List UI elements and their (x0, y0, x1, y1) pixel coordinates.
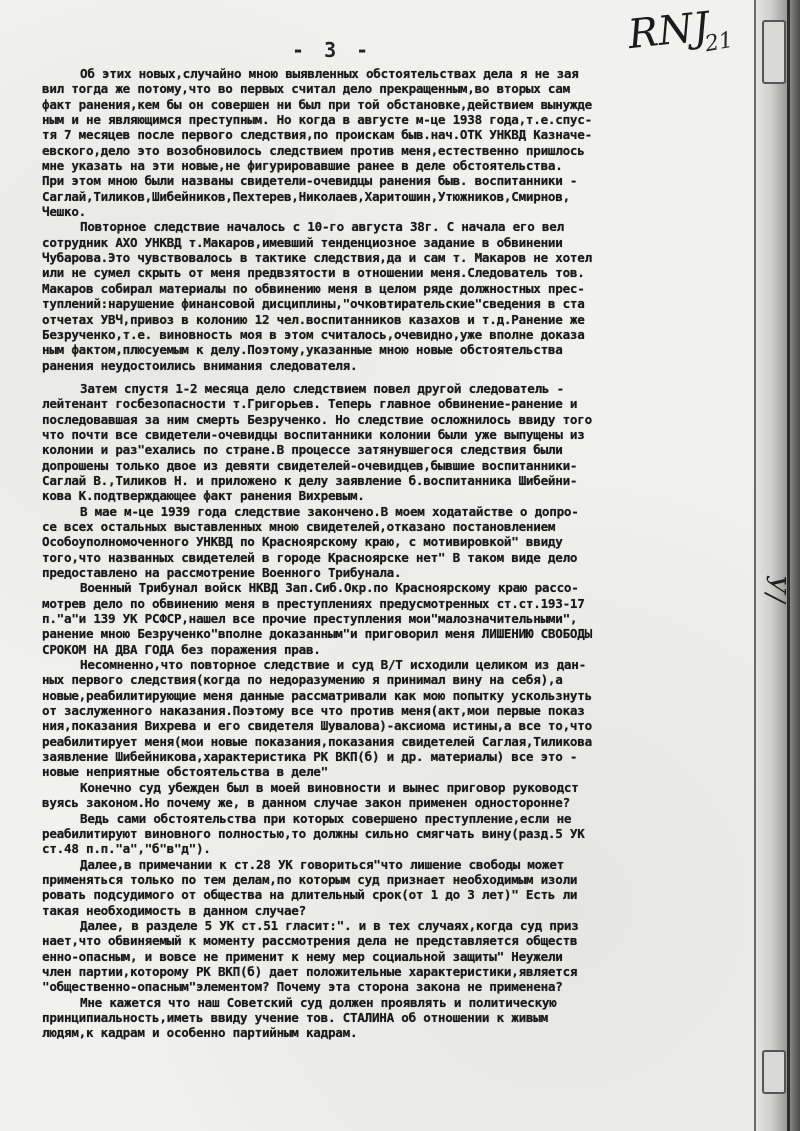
text-line: последовавшая за ним смерть Безрученко. … (42, 412, 758, 427)
text-line: Об этих новых,случайно мною выявленных о… (42, 66, 758, 81)
text-line: кова К.подтверждающее факт ранения Вихре… (42, 488, 758, 503)
text-line: Саглай В.,Тиликов Н. и приложено к делу … (42, 473, 758, 488)
text-line: лейтенант госбезопасности т.Григорьев. Т… (42, 396, 758, 411)
text-line: Военный Трибунал войск НКВД Зап.Сиб.Окр.… (42, 580, 758, 595)
text-line: отчетах УВЧ,привоз в колонию 12 чел.восп… (42, 312, 758, 327)
text-line: Конечно суд убежден был в моей виновност… (42, 780, 758, 795)
text-line: Безрученко,т.е. виновность моя в этом сч… (42, 327, 758, 342)
text-line: реабилитирует меня(мои новые показания,п… (42, 734, 758, 749)
text-line: Далее, в разделе 5 УК ст.51 гласит:". и … (42, 918, 758, 933)
text-line: реабилитируют виновного полностью,то дол… (42, 826, 758, 841)
typewritten-body: Об этих новых,случайно мною выявленных о… (42, 66, 758, 1041)
text-line: что почти все свидетели-очевидцы воспита… (42, 427, 758, 442)
text-line: Саглай,Тиликов,Шибейников,Пехтерев,Никол… (42, 189, 758, 204)
text-line: новые,реабилитирующие меня данные рассма… (42, 688, 758, 703)
handwritten-folio-number: 21 (703, 28, 735, 57)
text-line: В мае м-це 1939 года следствие закончено… (42, 504, 758, 519)
text-line: сотрудник АХО УНКВД т.Макаров,имевший те… (42, 235, 758, 250)
text-line: Далее,в примечании к ст.28 УК говориться… (42, 857, 758, 872)
text-line: или не сумел скрыть от меня предвзятости… (42, 265, 758, 280)
text-line: Макаров собирал материалы по обвинению м… (42, 281, 758, 296)
text-line: туплений:нарушение финансовой дисциплины… (42, 296, 758, 311)
text-line: ным и не являющимся преступным. Но когда… (42, 112, 758, 127)
text-line: Повторное следствие началось с 10-го авг… (42, 219, 758, 234)
handwritten-archive-mark: RNJ (626, 4, 712, 58)
text-line: член партии,которому РК ВКП(б) дает поло… (42, 964, 758, 979)
text-line: Затем спустя 1-2 месяца дело следствием … (42, 381, 758, 396)
text-line: колонии и раз"ехались по стране.В процес… (42, 442, 758, 457)
text-line: от заслуженного наказания.Поэтому все чт… (42, 703, 758, 718)
text-line: заявление Шибейникова,характеристика РК … (42, 749, 758, 764)
text-line: СРОКОМ НА ДВА ГОДА без поражения прав. (42, 642, 758, 657)
page-number: - 3 - (292, 38, 372, 62)
text-line: принципиальность,иметь ввиду учение тов.… (42, 1010, 758, 1025)
text-line: вуясь законом.Но почему же, в данном слу… (42, 795, 758, 810)
binding-tab (762, 1050, 786, 1094)
text-line: предоставлено на рассмотрение Военного Т… (42, 565, 758, 580)
text-line: ным фактом,плюсуемым к делу.Поэтому,указ… (42, 342, 758, 357)
scanned-page: - 3 - RNJ 21 У/ Об этих новых,случайно м… (0, 0, 800, 1131)
text-line: факт ранения,кем бы он совершен ни был п… (42, 97, 758, 112)
text-line: того,что названных свидетелей в городе К… (42, 550, 758, 565)
text-line: енно-опасным, и вовсе не применит к нему… (42, 949, 758, 964)
text-line: мне указать на эти новые,не фигурировавш… (42, 158, 758, 173)
text-line: Чешко. (42, 204, 758, 219)
text-line: се всех остальных выставленных мною свид… (42, 519, 758, 534)
text-line: евского,дело это возобновилось следствие… (42, 143, 758, 158)
text-line: При этом мною были названы свидетели-оче… (42, 173, 758, 188)
text-line: новые неприятные обстоятельства в деле" (42, 764, 758, 779)
text-line: тя 7 месяцев после первого следствия,по … (42, 127, 758, 142)
text-line: применяться только по тем делам,по котор… (42, 872, 758, 887)
text-line: людям,к кадрам и особенно партийным кадр… (42, 1025, 758, 1040)
binding-shadow (787, 0, 790, 1131)
text-line: Несомненно,что повторное следствие и суд… (42, 657, 758, 672)
margin-handwritten-note: У/ (760, 575, 790, 603)
text-line: Мне кажется что наш Советский суд должен… (42, 995, 758, 1010)
text-line: ния,показания Вихрева и его свидетеля Шу… (42, 718, 758, 733)
text-line: такая необходимость в данном случае? (42, 903, 758, 918)
text-line: ранение мною Безрученко"вполне доказанны… (42, 626, 758, 641)
binding-edge (754, 0, 800, 1131)
text-line: нает,что обвиняемый к моменту рассмотрен… (42, 933, 758, 948)
text-line: ранения неудостоились внимания следовате… (42, 358, 758, 373)
text-line: Особоуполномоченного УНКВД по Красноярск… (42, 534, 758, 549)
text-line: допрошены только двое из девяти свидетел… (42, 458, 758, 473)
paragraph-gap (42, 373, 758, 381)
text-line: Ведь сами обстоятельства при которых сов… (42, 811, 758, 826)
binding-tab (762, 20, 786, 84)
text-line: вил тогда же потому,что во первых считал… (42, 81, 758, 96)
text-line: ст.48 п.п."а","б"в"д"). (42, 841, 758, 856)
text-line: ных первого следствия(когда по недоразум… (42, 672, 758, 687)
text-line: "общественно-опасным"элементом? Почему э… (42, 979, 758, 994)
text-line: п."а"и 139 УК РСФСР,нашел все прочие пре… (42, 611, 758, 626)
text-line: ровать подсудимого от общества на длител… (42, 887, 758, 902)
text-line: мотрев дело по обвинению меня в преступл… (42, 596, 758, 611)
text-line: Чубарова.Это чувствовалось в тактике сле… (42, 250, 758, 265)
